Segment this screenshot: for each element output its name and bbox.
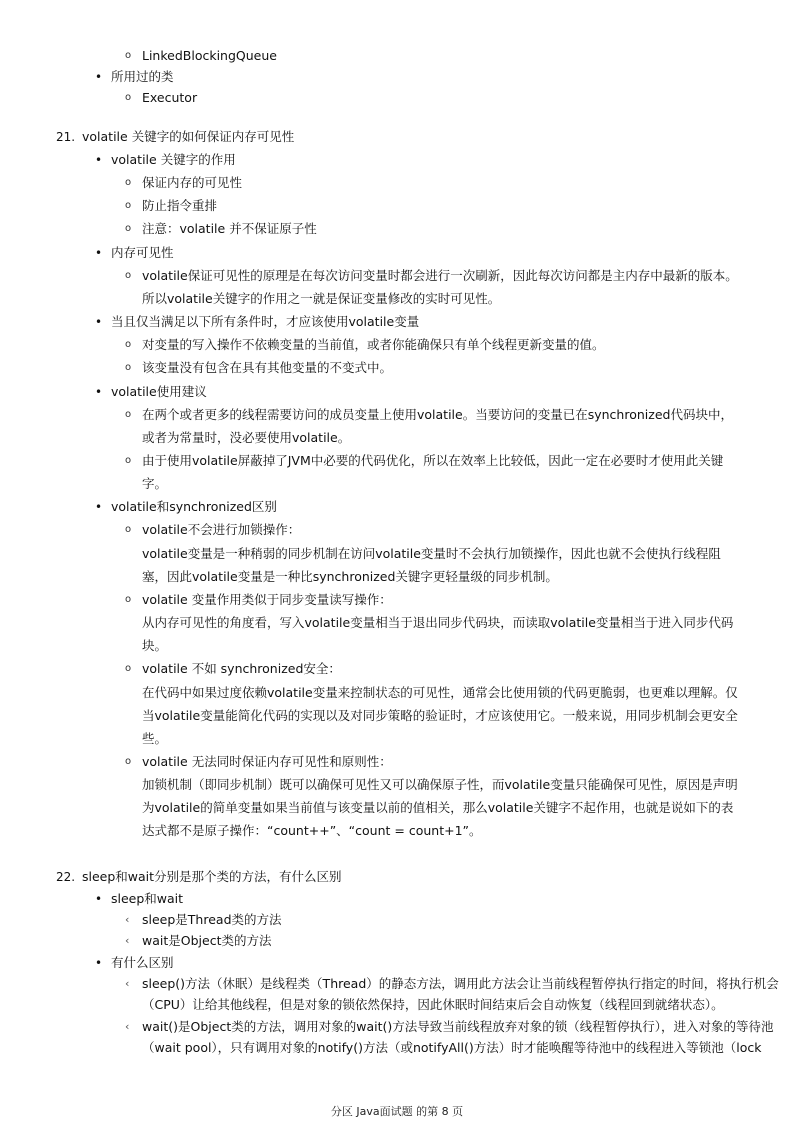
list-number: 21. bbox=[56, 128, 75, 146]
text-line: 该变量没有包含在具有其他变量的不变式中。 bbox=[142, 359, 392, 377]
text-line: 塞，因此volatile变量是一种比synchronized关键字更轻量级的同步… bbox=[142, 568, 558, 586]
text-line: volatile 无法同时保证内存可见性和原则性： bbox=[142, 753, 392, 771]
text-line: sleep和wait bbox=[111, 890, 183, 908]
bullet-dot-icon: • bbox=[95, 313, 102, 331]
text-line: 当且仅当满足以下所有条件时，才应该使用volatile变量 bbox=[111, 313, 419, 331]
text-line: volatile和synchronized区别 bbox=[111, 498, 277, 516]
text-line: volatile保证可见性的原理是在每次访问变量时都会进行一次刷新，因此每次访问… bbox=[142, 267, 738, 285]
bullet-dot-icon: • bbox=[95, 383, 102, 401]
text-line: volatile不会进行加锁操作： bbox=[142, 521, 300, 539]
list-number: 22. bbox=[56, 868, 75, 886]
bullet-circle-icon: o bbox=[125, 406, 131, 424]
text-line: 所用过的类 bbox=[111, 68, 174, 86]
text-line: wait是Object类的方法 bbox=[142, 932, 271, 950]
text-line: 字。 bbox=[142, 475, 167, 493]
text-line: 为volatile的简单变量如果当前值与该变量以前的值相关，那么volatile… bbox=[142, 799, 733, 817]
text-line: volatile 不如 synchronized安全： bbox=[142, 660, 341, 678]
bullet-circle-icon: o bbox=[125, 753, 131, 771]
page-footer: 分区 Java面试题 的第 8 页 bbox=[0, 1103, 794, 1119]
bullet-circle-icon: o bbox=[125, 452, 131, 470]
text-line: Executor bbox=[142, 89, 197, 107]
bullet-circle-icon: o bbox=[125, 197, 131, 215]
bullet-circle-icon: o bbox=[125, 336, 131, 354]
text-line: volatile 关键字的如何保证内存可见性 bbox=[82, 128, 294, 146]
bullet-circle-icon: o bbox=[125, 220, 131, 238]
text-line: volatile变量是一种稍弱的同步机制在访问volatile变量时不会执行加锁… bbox=[142, 545, 721, 563]
text-line: volatile 关键字的作用 bbox=[111, 151, 236, 169]
text-line: 对变量的写入操作不依赖变量的当前值，或者你能确保只有单个线程更新变量的值。 bbox=[142, 336, 605, 354]
bullet-circle-icon: o bbox=[125, 89, 131, 107]
bullet-chevron-icon: ‹ bbox=[125, 911, 129, 929]
bullet-circle-icon: o bbox=[125, 267, 131, 285]
text-line: 在两个或者更多的线程需要访问的成员变量上使用volatile。当要访问的变量已在… bbox=[142, 406, 733, 424]
text-line: sleep是Thread类的方法 bbox=[142, 911, 282, 929]
text-line: 当volatile变量能简化代码的实现以及对同步策略的验证时，才应该使用它。一般… bbox=[142, 707, 738, 725]
text-line: sleep和wait分别是那个类的方法，有什么区别 bbox=[82, 868, 342, 886]
bullet-circle-icon: o bbox=[125, 660, 131, 678]
text-line: 保证内存的可见性 bbox=[142, 174, 242, 192]
bullet-dot-icon: • bbox=[95, 498, 102, 516]
bullet-circle-icon: o bbox=[125, 47, 131, 65]
text-line: 从内存可见性的角度看，写入volatile变量相当于退出同步代码块，而读取vol… bbox=[142, 614, 733, 632]
text-line: 所以volatile关键字的作用之一就是保证变量修改的实时可见性。 bbox=[142, 290, 500, 308]
bullet-dot-icon: • bbox=[95, 68, 102, 86]
bullet-circle-icon: o bbox=[125, 174, 131, 192]
text-line: 在代码中如果过度依赖volatile变量来控制状态的可见性，通常会比使用锁的代码… bbox=[142, 684, 738, 702]
text-line: 块。 bbox=[142, 637, 167, 655]
text-line: 内存可见性 bbox=[111, 244, 174, 262]
bullet-chevron-icon: ‹ bbox=[125, 932, 129, 950]
text-line: 有什么区别 bbox=[111, 954, 174, 972]
text-line: wait()是Object类的方法，调用对象的wait()方法导致当前线程放弃对… bbox=[142, 1018, 773, 1036]
bullet-circle-icon: o bbox=[125, 359, 131, 377]
text-line: （wait pool），只有调用对象的notify()方法（或notifyAll… bbox=[142, 1039, 761, 1057]
bullet-dot-icon: • bbox=[95, 151, 102, 169]
text-line: volatile 变量作用类似于同步变量读写操作： bbox=[142, 591, 392, 609]
text-line: sleep()方法（休眠）是线程类（Thread）的静态方法，调用此方法会让当前… bbox=[142, 975, 779, 993]
document-page: LinkedBlockingQueueo所用过的类•Executorovolat… bbox=[0, 0, 794, 1123]
bullet-dot-icon: • bbox=[95, 244, 102, 262]
bullet-circle-icon: o bbox=[125, 521, 131, 539]
bullet-dot-icon: • bbox=[95, 890, 102, 908]
bullet-dot-icon: • bbox=[95, 954, 102, 972]
text-line: （CPU）让给其他线程，但是对象的锁依然保持，因此休眠时间结束后会自动恢复（线程… bbox=[142, 996, 724, 1014]
text-line: 或者为常量时，没必要使用volatile。 bbox=[142, 429, 350, 447]
text-line: 注意：volatile 并不保证原子性 bbox=[142, 220, 317, 238]
text-line: 达式都不是原子操作：“count++”、“count = count+1”。 bbox=[142, 822, 482, 840]
bullet-chevron-icon: ‹ bbox=[125, 1018, 129, 1036]
text-line: 由于使用volatile屏蔽掉了JVM中必要的代码优化，所以在效率上比较低，因此… bbox=[142, 452, 723, 470]
text-line: volatile使用建议 bbox=[111, 383, 207, 401]
text-line: 加锁机制（即同步机制）既可以确保可见性又可以确保原子性，而volatile变量只… bbox=[142, 776, 738, 794]
text-line: 防止指令重排 bbox=[142, 197, 217, 215]
bullet-chevron-icon: ‹ bbox=[125, 975, 129, 993]
text-line: 些。 bbox=[142, 730, 167, 748]
text-line: LinkedBlockingQueue bbox=[142, 47, 277, 65]
bullet-circle-icon: o bbox=[125, 591, 131, 609]
